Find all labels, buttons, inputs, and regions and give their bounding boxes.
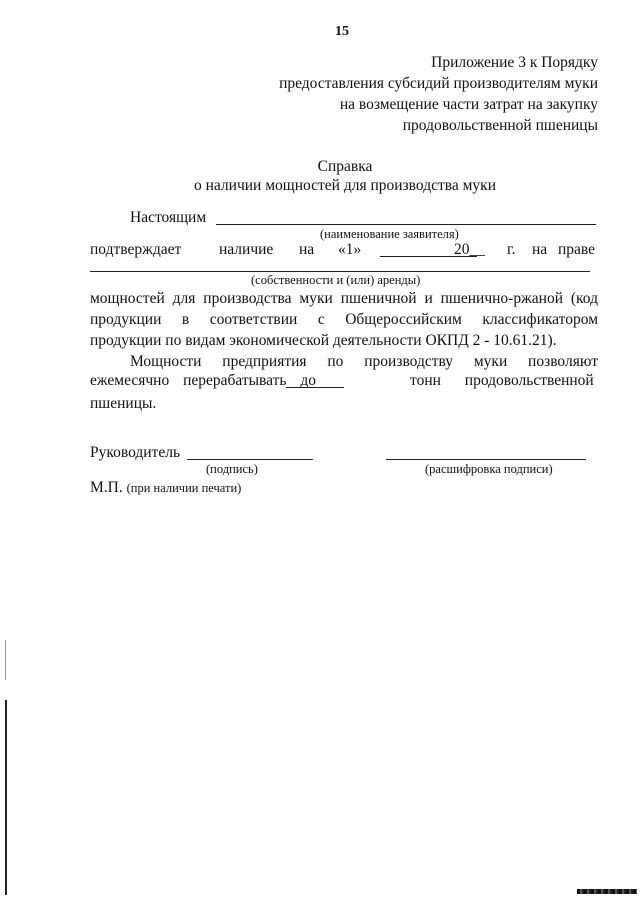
paragraph-line: мощностей для производства муки пшенично… [90, 288, 598, 309]
appendix-line: продовольственной пшеницы [279, 115, 598, 136]
text: ежемесячно перерабатывать до [90, 372, 316, 390]
signature-caption: (подпись) [206, 462, 258, 477]
paragraph-line: продукции в соответствии с Общероссийски… [90, 309, 598, 330]
applicant-label: Настоящим [130, 209, 206, 227]
scan-edge-artifact [5, 700, 7, 895]
scan-mark-artifact [577, 889, 637, 894]
document-subtitle: о наличии мощностей для производства мук… [0, 177, 640, 195]
signature-field[interactable] [187, 444, 313, 460]
text: тонн продовольственной [410, 372, 594, 390]
paragraph-line: продукции по видам экономической деятель… [90, 330, 598, 351]
ownership-caption: (собственности и (или) аренды) [251, 273, 420, 288]
appendix-header: Приложение 3 к Порядку предоставления су… [279, 52, 598, 136]
signature-decode-field[interactable] [386, 444, 586, 460]
capacity-line: ежемесячно перерабатывать до тонн продов… [90, 372, 598, 393]
stamp-label: М.П. (при наличии печати) [90, 479, 241, 497]
scan-edge-artifact [5, 640, 6, 680]
document-title: Справка [0, 158, 640, 176]
applicant-caption: (наименование заявителя) [320, 227, 459, 242]
stamp-abbrev: М.П. [90, 479, 123, 496]
page-number: 15 [22, 24, 640, 40]
decode-caption: (расшифровка подписи) [425, 462, 553, 477]
capacity-tonnes-field[interactable] [286, 372, 344, 388]
applicant-name-field[interactable] [216, 209, 596, 225]
appendix-line: Приложение 3 к Порядку [279, 52, 598, 73]
paragraph-line: пшеницы. [90, 393, 598, 414]
appendix-line: предоставления субсидий производителям м… [279, 73, 598, 94]
head-label: Руководитель [90, 444, 180, 462]
paragraph-line: Мощности предприятия по производству мук… [130, 351, 598, 372]
stamp-note: (при наличии печати) [127, 481, 242, 495]
ownership-field[interactable] [90, 256, 590, 272]
appendix-line: на возмещение части затрат на закупку [279, 94, 598, 115]
